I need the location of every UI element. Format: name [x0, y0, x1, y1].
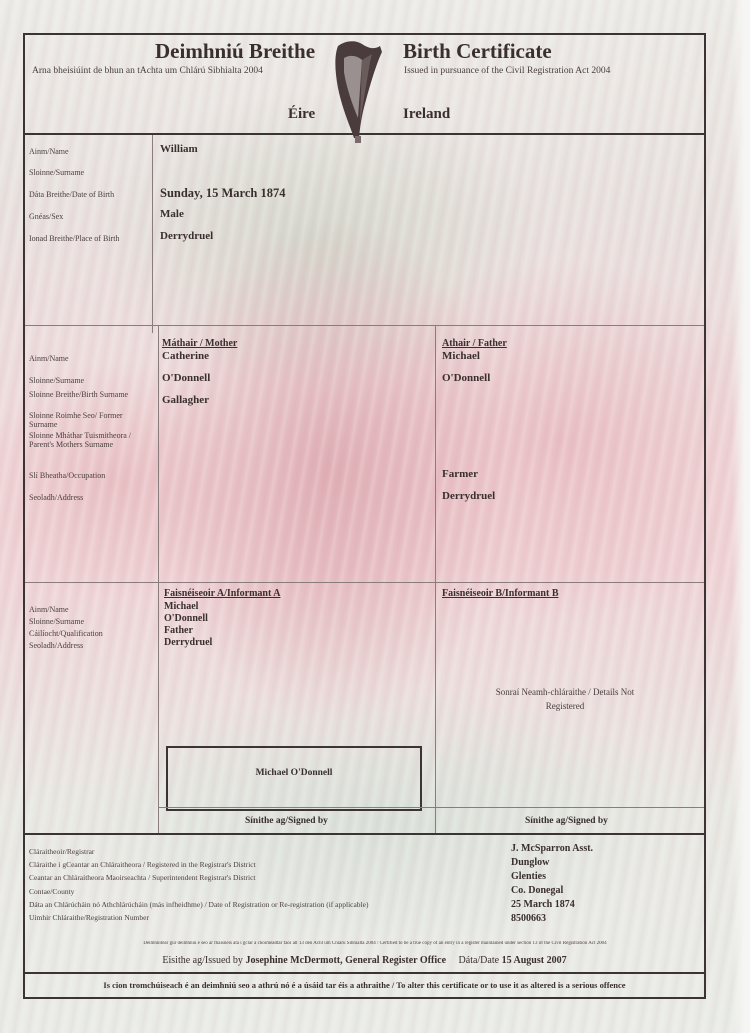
informant-b-not-registered: Sonraí Neamh-chláraithe / Details Not Re…	[495, 685, 635, 713]
divider	[158, 807, 704, 808]
divider	[152, 135, 153, 333]
divider	[25, 833, 704, 835]
label-registrar: Cláraitheoir/Registrar	[29, 847, 94, 856]
mother-forename: Catherine	[162, 350, 209, 362]
informant-a-surname: O'Donnell	[164, 613, 208, 624]
child-place-of-birth: Derrydruel	[160, 230, 213, 242]
label-parent-surname: Sloinne/Surname	[29, 376, 84, 385]
father-heading: Athair / Father	[442, 338, 507, 349]
informant-a-signed-by: Sínithe ag/Signed by	[245, 816, 328, 826]
subtitle-english: Issued in pursuance of the Civil Registr…	[404, 66, 610, 76]
page-edge	[732, 0, 750, 1033]
label-child-surname: Sloinne/Surname	[29, 168, 84, 177]
title-english: Birth Certificate	[403, 39, 552, 64]
label-informant-qualification: Cáilíocht/Qualification	[29, 629, 103, 638]
label-child-forename: Ainm/Name	[29, 147, 69, 156]
divider	[25, 325, 704, 326]
child-sex: Male	[160, 208, 184, 220]
warning-box: Is cion tromchúiseach é an deimhniú seo …	[25, 972, 704, 997]
birth-certificate: Deimhniú Breithe Arna bheisiúint de bhun…	[23, 33, 706, 999]
registration-date: 25 March 1874	[511, 899, 575, 910]
label-former-surname: Sloinne Roimhe Seo/ Former Surname	[29, 411, 134, 429]
mother-birth-surname: Gallagher	[162, 394, 209, 406]
child-forename: William	[160, 143, 198, 155]
registrar: J. McSparron Asst.	[511, 843, 593, 854]
label-birth-surname: Sloinne Breithe/Birth Surname	[29, 390, 134, 399]
country-irish: Éire	[288, 106, 315, 123]
issue-date-label: Dáta/Date	[459, 955, 500, 966]
divider	[435, 325, 436, 833]
label-child-dob: Dáta Breithe/Date of Birth	[29, 190, 114, 199]
divider	[25, 582, 704, 583]
father-occupation: Farmer	[442, 468, 478, 480]
harp-icon	[332, 38, 384, 143]
label-mothers-surname: Sloinne Mháthar Tuismitheora / Parent's …	[29, 431, 144, 449]
label-registrars-district: Cláraithe i gCeantar an Chláraitheora / …	[29, 860, 256, 869]
label-informant-forename: Ainm/Name	[29, 605, 69, 614]
certification-fine-print: Deimhnítear gur deimhniú é seo ar fhaisn…	[55, 941, 695, 946]
label-child-place-of-birth: Ionad Breithe/Place of Birth	[29, 234, 139, 243]
registrars-district: Dunglow	[511, 857, 549, 868]
label-registration-number: Uimhir Chláraithe/Registration Number	[29, 913, 149, 922]
issued-line: Eisithe ag/Issued by Josephine McDermott…	[25, 955, 704, 966]
father-address: Derrydruel	[442, 490, 495, 502]
label-county: Contae/County	[29, 887, 74, 896]
signature-box: Michael O'Donnell	[166, 746, 422, 811]
informant-a-signature: Michael O'Donnell	[168, 768, 420, 778]
label-informant-surname: Sloinne/Surname	[29, 617, 84, 626]
mother-heading: Máthair / Mother	[162, 338, 237, 349]
certificate-header: Deimhniú Breithe Arna bheisiúint de bhun…	[25, 35, 704, 135]
label-child-sex: Gnéas/Sex	[29, 212, 63, 221]
informant-a-qualification: Father	[164, 625, 193, 636]
subtitle-irish: Arna bheisiúint de bhun an tAchta um Chl…	[32, 66, 263, 76]
informant-b-signed-by: Sínithe ag/Signed by	[525, 816, 608, 826]
label-registration-date: Dáta an Chlárúcháin nó Athchlárúcháin (m…	[29, 900, 368, 909]
alteration-warning: Is cion tromchúiseach é an deimhniú seo …	[25, 980, 704, 990]
informant-a-forename: Michael	[164, 601, 198, 612]
label-address: Seoladh/Address	[29, 493, 83, 502]
county: Co. Donegal	[511, 885, 563, 896]
label-superintendent-district: Ceantar an Chláraitheora Maoirseachta / …	[29, 873, 255, 882]
label-parent-forename: Ainm/Name	[29, 354, 69, 363]
registration-number: 8500663	[511, 913, 546, 924]
label-occupation: Slí Bheatha/Occupation	[29, 471, 105, 480]
superintendent-district: Glenties	[511, 871, 546, 882]
father-forename: Michael	[442, 350, 480, 362]
father-surname: O'Donnell	[442, 372, 490, 384]
informant-b-heading: Faisnéiseoir B/Informant B	[442, 588, 558, 599]
divider	[158, 325, 159, 833]
title-irish: Deimhniú Breithe	[155, 39, 315, 64]
informant-a-heading: Faisnéiseoir A/Informant A	[164, 588, 280, 599]
country-english: Ireland	[403, 106, 450, 123]
informant-a-address: Derrydruel	[164, 637, 212, 648]
issued-by-label: Eisithe ag/Issued by	[162, 955, 243, 966]
issued-by: Josephine McDermott, General Register Of…	[245, 955, 446, 966]
mother-surname: O'Donnell	[162, 372, 210, 384]
issue-date: 15 August 2007	[502, 955, 567, 966]
child-dob: Sunday, 15 March 1874	[160, 186, 286, 201]
label-informant-address: Seoladh/Address	[29, 641, 83, 650]
